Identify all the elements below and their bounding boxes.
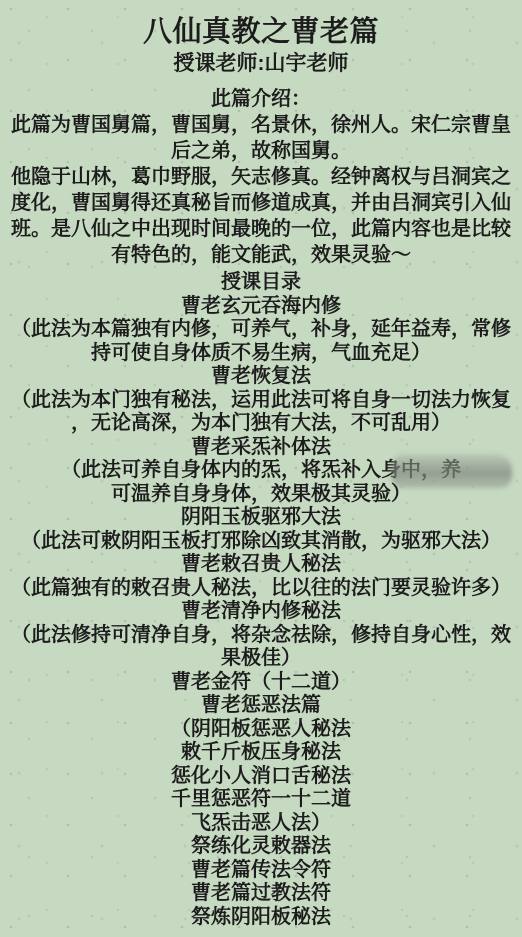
- catalog-text-line: 曹老采炁补体法: [8, 436, 514, 460]
- catalog-text-line: （此法修持可清净自身，将杂念祛除，修持自身心性，效: [8, 624, 514, 648]
- catalog-text-line: 持可使自身体质不易生病，气血充足）: [8, 342, 514, 366]
- catalog-text-line: 曹老恢复法: [8, 365, 514, 389]
- catalog-text-line: （此法为本门独有秘法，运用此法可将自身一切法力恢复: [8, 389, 514, 413]
- catalog-text-line: 曹老敕召贵人秘法: [8, 553, 514, 577]
- intro-paragraphs: 此篇为曹国舅篇，曹国舅，名景休，徐州人。宋仁宗曹皇后之弟，故称国舅。他隐于山林，…: [8, 112, 514, 268]
- catalog-list: 曹老玄元吞海内修（此法为本篇独有内修，可养气，补身，延年益寿，常修持可使自身体质…: [8, 295, 514, 930]
- catalog-section: 授课目录 曹老玄元吞海内修（此法为本篇独有内修，可养气，补身，延年益寿，常修持可…: [8, 271, 514, 929]
- intro-heading: 此篇介绍：: [8, 86, 514, 112]
- catalog-text-line: 飞炁击恶人法）: [8, 812, 514, 836]
- catalog-text-line: （此法可敕阴阳玉板打邪除凶致其消散，为驱邪大法）: [8, 530, 514, 554]
- catalog-text-line: 惩化小人消口舌秘法: [8, 765, 514, 789]
- catalog-text-line: 曹老篇传法令符: [8, 859, 514, 883]
- document-page: 八仙真教之曹老篇 授课老师:山宇老师 此篇介绍： 此篇为曹国舅篇，曹国舅，名景休…: [0, 0, 522, 937]
- catalog-text-line: 祭练化灵敕器法: [8, 835, 514, 859]
- catalog-heading: 授课目录: [8, 271, 514, 295]
- intro-text-line: 他隐于山林，葛巾野服，矢志修真。经钟离权与吕洞宾之: [8, 164, 514, 190]
- catalog-text-line: 敕千斤板压身秘法: [8, 741, 514, 765]
- catalog-text-line: （阴阳板惩恶人秘法: [8, 718, 514, 742]
- intro-text-line: 有特色的，能文能武，效果灵验～: [8, 242, 514, 268]
- catalog-text-line: 可温养自身身体，效果极其灵验）: [8, 483, 514, 507]
- catalog-text-line: 曹老金符（十二道）: [8, 671, 514, 695]
- catalog-text-line: 阴阳玉板驱邪大法: [8, 506, 514, 530]
- catalog-text-line: ，无论高深，为本门独有大法，不可乱用）: [8, 412, 514, 436]
- intro-text-line: 后之弟，故称国舅。: [8, 138, 514, 164]
- intro-section: 此篇介绍： 此篇为曹国舅篇，曹国舅，名景休，徐州人。宋仁宗曹皇后之弟，故称国舅。…: [8, 86, 514, 268]
- catalog-text-line: （此法为本篇独有内修，可养气，补身，延年益寿，常修: [8, 318, 514, 342]
- catalog-text-line: 曹老惩恶法篇: [8, 694, 514, 718]
- catalog-text-line: 曹老篇过教法符: [8, 882, 514, 906]
- teacher-line: 授课老师:山宇老师: [8, 50, 514, 77]
- catalog-text-line: 曹老清净内修秘法: [8, 600, 514, 624]
- catalog-text-line: 果极佳）: [8, 647, 514, 671]
- catalog-text-line: （此篇独有的敕召贵人秘法，比以往的法门要灵验许多）: [8, 577, 514, 601]
- catalog-text-line: 千里惩恶符一十二道: [8, 788, 514, 812]
- page-title: 八仙真教之曹老篇: [8, 14, 514, 50]
- intro-text-line: 度化，曹国舅得还真秘旨而修道成真，并由吕洞宾引入仙: [8, 190, 514, 216]
- catalog-text-line: （此法可养自身体内的炁，将炁补入身中，养: [8, 459, 514, 483]
- intro-text-line: 此篇为曹国舅篇，曹国舅，名景休，徐州人。宋仁宗曹皇: [8, 112, 514, 138]
- intro-text-line: 班。是八仙之中出现时间最晚的一位，此篇内容也是比较: [8, 216, 514, 242]
- catalog-text-line: 祭炼阴阳板秘法: [8, 906, 514, 930]
- catalog-text-line: 曹老玄元吞海内修: [8, 295, 514, 319]
